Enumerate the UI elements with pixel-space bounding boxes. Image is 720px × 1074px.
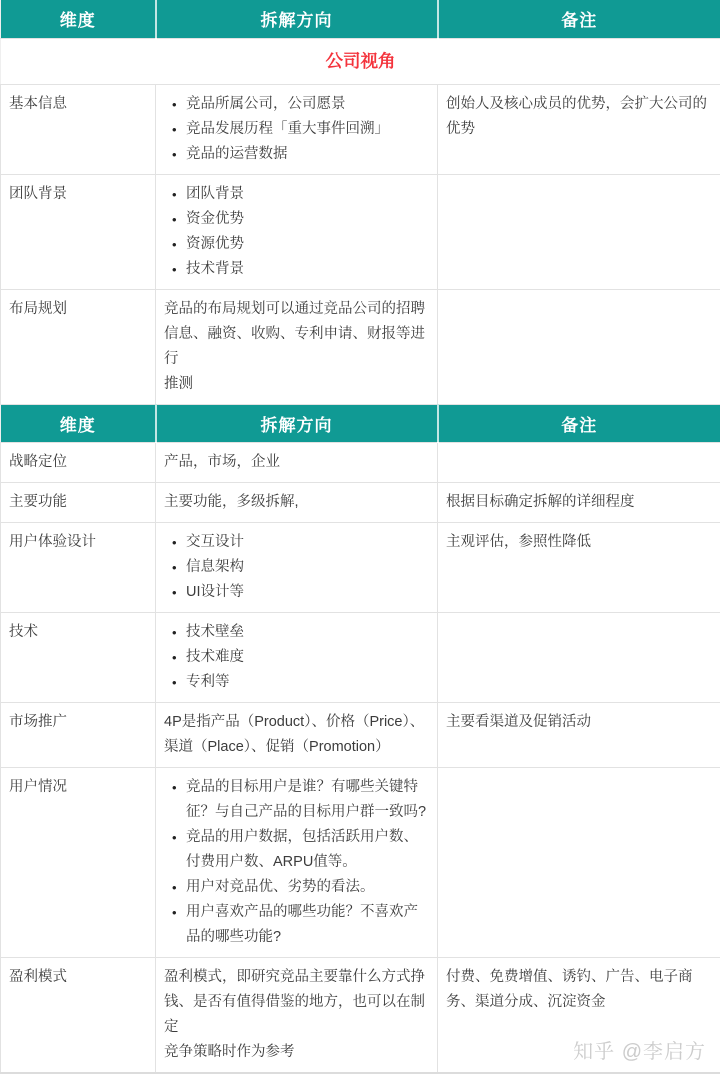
table-row: 盈利模式盈利模式，即研究竞品主要靠什么方式挣钱、是否有值得借鉴的地方，也可以在制…: [1, 957, 720, 1073]
note-cell: 根据目标确定拆解的详细程度: [438, 482, 720, 522]
table-header-row-product: 维度 拆解方向 备注: [1, 404, 720, 442]
bullet-item: 团队背景: [164, 182, 427, 207]
table-row: 战略定位产品，市场，企业: [1, 442, 720, 482]
table-row: 用户体验设计交互设计信息架构UI设计等主观评估，参照性降低: [1, 522, 720, 612]
bullet-item: 用户对竞品优、劣势的看法。: [164, 875, 427, 900]
direction-cell: 交互设计信息架构UI设计等: [156, 522, 438, 612]
dimension-cell: 盈利模式: [1, 957, 156, 1073]
table-row: 基本信息竞品所属公司，公司愿景竞品发展历程「重大事件回溯」竞品的运营数据创始人及…: [1, 84, 720, 174]
col-header-dimension: 维度: [1, 404, 156, 442]
bullet-item: 竞品的用户数据，包括活跃用户数、付费用户数、ARPU值等。: [164, 825, 427, 875]
table-row: 技术技术壁垒技术难度专利等: [1, 612, 720, 702]
direction-cell: 产品，市场，企业: [156, 442, 438, 482]
note-cell: [438, 289, 720, 404]
dimension-cell: 用户体验设计: [1, 522, 156, 612]
direction-cell: 竞品所属公司，公司愿景竞品发展历程「重大事件回溯」竞品的运营数据: [156, 84, 438, 174]
bullet-item: 资源优势: [164, 232, 427, 257]
bullet-list: 竞品的目标用户是谁？有哪些关键特征？与自己产品的目标用户群一致吗?竞品的用户数据…: [164, 775, 427, 950]
dimension-cell: 市场推广: [1, 702, 156, 767]
table-header-row-company: 维度 拆解方向 备注: [1, 0, 720, 38]
dimension-cell: 技术: [1, 612, 156, 702]
direction-cell: 技术壁垒技术难度专利等: [156, 612, 438, 702]
col-header-direction: 拆解方向: [156, 404, 438, 442]
bullet-item: 技术难度: [164, 645, 427, 670]
direction-cell: 团队背景资金优势资源优势技术背景: [156, 174, 438, 289]
company-rows-section: 基本信息竞品所属公司，公司愿景竞品发展历程「重大事件回溯」竞品的运营数据创始人及…: [1, 84, 720, 404]
dimension-cell: 用户情况: [1, 767, 156, 957]
competitor-analysis-table: 维度 拆解方向 备注 公司视角 基本信息竞品所属公司，公司愿景竞品发展历程「重大…: [0, 0, 720, 1074]
bullet-item: 技术背景: [164, 257, 427, 282]
bullet-item: 交互设计: [164, 530, 427, 555]
col-header-note: 备注: [438, 404, 720, 442]
table-row: 用户情况竞品的目标用户是谁？有哪些关键特征？与自己产品的目标用户群一致吗?竞品的…: [1, 767, 720, 957]
table-row: 主要功能主要功能，多级拆解,根据目标确定拆解的详细程度: [1, 482, 720, 522]
table-row: 团队背景团队背景资金优势资源优势技术背景: [1, 174, 720, 289]
bullet-item: 技术壁垒: [164, 620, 427, 645]
section-title: 公司视角: [1, 38, 720, 84]
note-cell: [438, 442, 720, 482]
note-cell: 创始人及核心成员的优势，会扩大公司的优势: [438, 84, 720, 174]
dimension-cell: 布局规划: [1, 289, 156, 404]
bullet-item: 信息架构: [164, 555, 427, 580]
col-header-dimension: 维度: [1, 0, 156, 38]
dimension-cell: 基本信息: [1, 84, 156, 174]
table-row: 市场推广4P是指产品（Product）、价格（Price）、渠道（Place）、…: [1, 702, 720, 767]
col-header-direction: 拆解方向: [156, 0, 438, 38]
direction-cell: 竞品的布局规划可以通过竞品公司的招聘信息、融资、收购、专利申请、财报等进行 推测: [156, 289, 438, 404]
bullet-list: 技术壁垒技术难度专利等: [164, 620, 427, 695]
bullet-item: 竞品的目标用户是谁？有哪些关键特征？与自己产品的目标用户群一致吗?: [164, 775, 427, 825]
bullet-list: 竞品所属公司，公司愿景竞品发展历程「重大事件回溯」竞品的运营数据: [164, 92, 427, 167]
bullet-item: 专利等: [164, 670, 427, 695]
note-cell: [438, 174, 720, 289]
bullet-item: 竞品所属公司，公司愿景: [164, 92, 427, 117]
bullet-item: 竞品的运营数据: [164, 142, 427, 167]
bullet-list: 交互设计信息架构UI设计等: [164, 530, 427, 605]
table-row: 布局规划竞品的布局规划可以通过竞品公司的招聘信息、融资、收购、专利申请、财报等进…: [1, 289, 720, 404]
bullet-item: 资金优势: [164, 207, 427, 232]
note-cell: [438, 612, 720, 702]
note-cell: 主观评估，参照性降低: [438, 522, 720, 612]
bullet-item: 用户喜欢产品的哪些功能？不喜欢产品的哪些功能?: [164, 900, 427, 950]
direction-cell: 4P是指产品（Product）、价格（Price）、渠道（Place）、促销（P…: [156, 702, 438, 767]
bullet-list: 团队背景资金优势资源优势技术背景: [164, 182, 427, 282]
direction-cell: 竞品的目标用户是谁？有哪些关键特征？与自己产品的目标用户群一致吗?竞品的用户数据…: [156, 767, 438, 957]
note-cell: 主要看渠道及促销活动: [438, 702, 720, 767]
company-header-section: 维度 拆解方向 备注 公司视角: [1, 0, 720, 84]
product-rows-section: 战略定位产品，市场，企业主要功能主要功能，多级拆解,根据目标确定拆解的详细程度用…: [1, 442, 720, 1073]
bullet-item: 竞品发展历程「重大事件回溯」: [164, 117, 427, 142]
section-title-row: 公司视角: [1, 38, 720, 84]
dimension-cell: 团队背景: [1, 174, 156, 289]
product-header-section: 维度 拆解方向 备注: [1, 404, 720, 442]
dimension-cell: 战略定位: [1, 442, 156, 482]
col-header-note: 备注: [438, 0, 720, 38]
direction-cell: 主要功能，多级拆解,: [156, 482, 438, 522]
dimension-cell: 主要功能: [1, 482, 156, 522]
bullet-item: UI设计等: [164, 580, 427, 605]
page: 维度 拆解方向 备注 公司视角 基本信息竞品所属公司，公司愿景竞品发展历程「重大…: [0, 0, 720, 1074]
direction-cell: 盈利模式，即研究竞品主要靠什么方式挣钱、是否有值得借鉴的地方，也可以在制定 竞争…: [156, 957, 438, 1073]
note-cell: 付费、免费增值、诱钓、广告、电子商务、渠道分成、沉淀资金: [438, 957, 720, 1073]
note-cell: [438, 767, 720, 957]
